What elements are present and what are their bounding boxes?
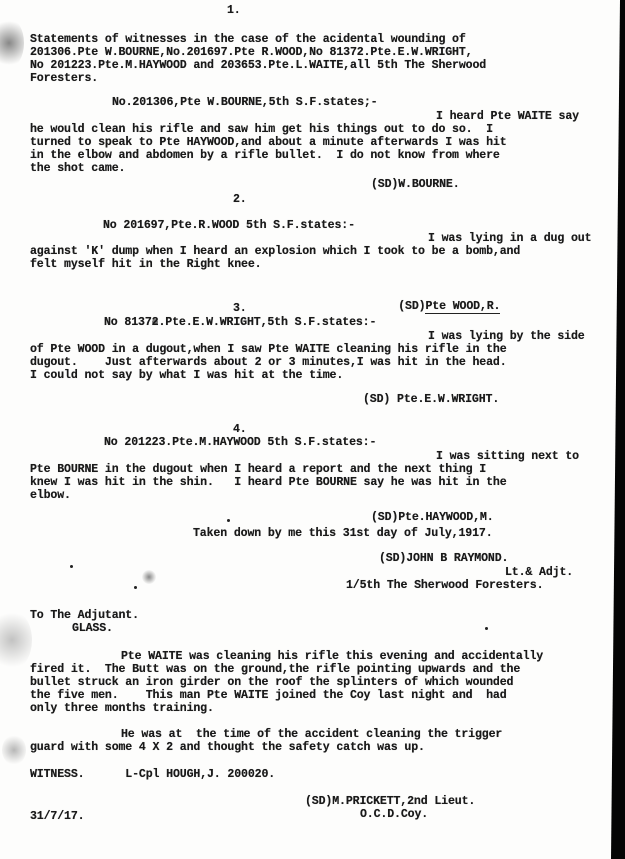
statement-signature: (SD)W.BOURNE. [371,178,460,191]
officer-role: O.C.D.Coy. [360,808,428,821]
report-paragraph-line: Pte WAITE was cleaning his rifle this ev… [121,650,543,663]
report-paragraph-line: bullet struck an iron girder on the roof… [30,676,513,689]
ink-speck [227,519,230,522]
report-paragraph-line: the five men. This man Pte WAITE joined … [30,689,507,702]
adjutant-unit: 1/5th The Sherwood Foresters. [346,579,543,592]
scan-edge-border [611,0,625,859]
report-location: GLASS. [72,622,113,635]
statement-first-line: I heard Pte WAITE say [436,110,579,123]
witness-line: WITNESS. L-Cpl HOUGH,J. 200020. [30,768,275,781]
statement-body-line: I could not say by what I was hit at the… [30,369,343,382]
statement-heading: No 81372.Pte.E.W.WRIGHT,5th S.F.states:- [104,316,376,329]
ink-smudge [2,735,26,765]
statement-body-line: of Pte WOOD in a dugout,when I saw Pte W… [30,343,507,356]
ink-smudge [142,570,156,584]
statement-body-line: elbow. [30,489,71,502]
intro-line: 201306.Pte W.BOURNE,No.201697.Pte R.WOOD… [30,46,472,59]
statement-heading: No 201697,Pte.R.WOOD 5th S.F.states:- [103,219,355,232]
statement-first-line: I was lying in a dug out [428,232,591,245]
document-page: 1. Statements of witnesses in the case o… [0,0,625,859]
officer-signature: (SD)M.PRICKETT,2nd Lieut. [305,795,475,808]
statement-body-line: dugout. Just afterwards about 2 or 3 min… [30,356,507,369]
ink-smudge [0,18,24,68]
statement-body-line: Pte BOURNE in the dugout when I heard a … [30,463,486,476]
taken-down-line: Taken down by me this 31st day of July,1… [193,527,493,540]
statement-body-line: knew I was hit in the shin. I heard Pte … [30,476,507,489]
ink-speck [134,586,137,589]
adjutant-rank: Lt.& Adjt. [505,566,573,579]
ink-speck [70,565,73,568]
report-paragraph-line: guard with some 4 X 2 and thought the sa… [30,741,425,754]
intro-line: No 201223.Pte.M.HAYWOOD and 203653.Pte.L… [30,59,486,72]
intro-line: Foresters. [30,72,98,85]
report-addressee: To The Adjutant. [30,609,139,622]
statement-number: 2. [233,193,247,206]
signature-name: Pte WOOD,R. [425,300,500,314]
statement-number: 3. [233,302,247,315]
report-paragraph-line: He was at the time of the accident clean… [121,728,502,741]
statement-body-line: in the elbow and abdomen by a rifle bull… [30,149,500,162]
ink-speck [485,627,488,630]
statement-body-line: he would clean his rifle and saw him get… [30,123,493,136]
page-number: 1. [227,4,241,17]
report-paragraph-line: fired it. The Butt was on the ground,the… [30,663,520,676]
statement-body-line: felt myself hit in the Right knee. [30,258,261,271]
statement-heading: No.201306,Pte W.BOURNE,5th S.F.states;- [112,96,378,109]
statement-heading: No 201223.Pte.M.HAYWOOD 5th S.F.states:- [104,436,376,449]
adjutant-name: (SD)JOHN B RAYMOND. [379,552,508,565]
statement-body-line: the shot came. [30,162,125,175]
report-date: 31/7/17. [30,810,84,823]
statement-body-line: turned to speak to Pte HAYWOOD,and about… [30,136,507,149]
statement-body-line: against 'K' dump when I heard an explosi… [30,245,520,258]
statement-signature: (SD) Pte.E.W.WRIGHT. [363,393,499,406]
statement-first-line: I was sitting next to [436,450,579,463]
statement-number: 4. [233,423,247,436]
ink-smudge [0,610,32,670]
statement-first-line: I was lying by the side [428,330,585,343]
report-paragraph-line: only three months training. [30,702,214,715]
signature-prefix: (SD) [398,300,425,313]
statement-signature: (SD)Pte.HAYWOOD,M. [371,511,494,524]
statement-signature: (SD)Pte WOOD,R. [371,287,500,326]
intro-line: Statements of witnesses in the case of t… [30,33,466,46]
